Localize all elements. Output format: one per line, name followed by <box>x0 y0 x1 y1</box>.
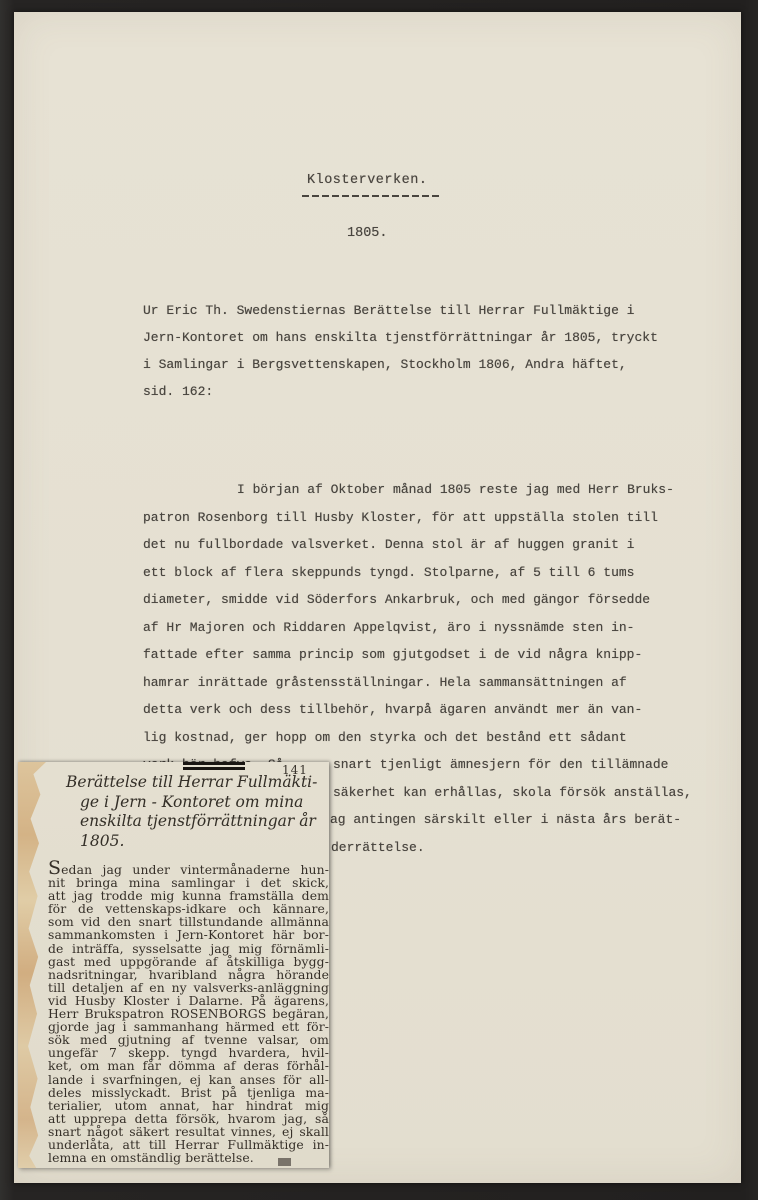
clipping-heading-line: Berättelse till Herrar Fullmäkti- <box>66 773 328 793</box>
typed-body-paragraph: I början af Oktober månad 1805 reste jag… <box>143 481 674 756</box>
clipping-body-line: deles misslyckadt. Brist på tjenliga ma- <box>48 1086 329 1099</box>
news-clipping: 141 Berättelse till Herrar Fullmäkti-ge … <box>18 762 329 1168</box>
clipping-heading: Berättelse till Herrar Fullmäkti-ge i Je… <box>66 773 328 851</box>
typed-fragment-3: derrättelse. <box>331 839 425 857</box>
source-note-line: Jern-Kontoret om hans enskilta tjenstför… <box>143 329 658 356</box>
typed-body-line: I början af Oktober månad 1805 reste jag… <box>143 481 674 509</box>
ornament-bar <box>183 762 245 765</box>
source-note: Ur Eric Th. Swedenstiernas Berättelse ti… <box>143 302 658 410</box>
clipping-body: Sedan jag under vintermånaderne hun-nit … <box>48 862 329 1164</box>
document-page: Klosterverken. 1805. Ur Eric Th. Swedens… <box>14 12 741 1183</box>
typed-fragment-2: ag antingen särskilt eller i nästa års b… <box>330 811 681 829</box>
clipping-torn-edge <box>18 762 46 1168</box>
page-title: Klosterverken. <box>307 173 427 188</box>
year-heading: 1805. <box>347 226 388 241</box>
covered-line-right-part: snart tjenligt ämnesjern för den tillämn… <box>333 756 668 774</box>
clipping-body-line: till detaljen af en ny valsverks-anläggn… <box>48 981 329 994</box>
clipping-heading-line: ge i Jern - Kontoret om mina <box>80 793 328 813</box>
clipping-heading-line: 1805. <box>80 832 328 852</box>
scan-background: Klosterverken. 1805. Ur Eric Th. Swedens… <box>0 0 758 1200</box>
typed-body-line: hamrar inrättade gråstensställningar. He… <box>143 674 674 702</box>
title-dashed-underline <box>302 195 442 197</box>
typed-body-line: af Hr Majoren och Riddaren Appelqvist, ä… <box>143 619 674 647</box>
clipping-body-line: snart något säkert resultat vinnes, ej s… <box>48 1125 329 1138</box>
typed-body-line: lig kostnad, ger hopp om den styrka och … <box>143 729 674 757</box>
source-note-line: Ur Eric Th. Swedenstiernas Berättelse ti… <box>143 302 658 329</box>
clipping-body-line: terialier, utom annat, har hindrat mig <box>48 1099 329 1112</box>
typed-body-line: detta verk och dess tillbehör, hvarpå äg… <box>143 701 674 729</box>
clipping-body-line: nadsritningar, hvaribland några hörande <box>48 968 329 981</box>
clipping-heading-line: enskilta tjenstförrättningar år <box>80 812 328 832</box>
typed-body-line: ett block af flera skeppunds tyngd. Stol… <box>143 564 674 592</box>
typed-body-line: det nu fullbordade valsverket. Denna sto… <box>143 536 674 564</box>
clipping-body-line: ket, om man får dömma af deras förhål- <box>48 1059 329 1072</box>
typed-body-line: patron Rosenborg till Husby Kloster, för… <box>143 509 674 537</box>
ornament-bar <box>183 767 245 770</box>
clipping-rule-ornament <box>183 762 245 770</box>
ink-smudge <box>278 1158 291 1166</box>
typed-body-line: diameter, smidde vid Söderfors Ankarbruk… <box>143 591 674 619</box>
source-note-line: sid. 162: <box>143 383 658 410</box>
clipping-body-line: Sedan jag under vintermånaderne hun- <box>48 862 329 876</box>
typed-fragment-1: säkerhet kan erhållas, skola försök anst… <box>333 784 692 802</box>
clipping-body-line: gast med uppgörande af åtskilliga bygg- <box>48 955 329 968</box>
clipping-body-line: de inträffa, sysselsatte jag mig förnäml… <box>48 942 329 955</box>
clipping-body-line: att upprepa detta försök, hvarom jag, så <box>48 1112 329 1125</box>
typed-body-line: fattade efter samma princip som gjutgods… <box>143 646 674 674</box>
clipping-body-line: lande i svarfningen, ej kan anses för al… <box>48 1073 329 1086</box>
source-note-line: i Samlingar i Bergsvettenskapen, Stockho… <box>143 356 658 383</box>
clipping-body-line: sammankomsten i Jern-Kontoret här bor- <box>48 928 329 941</box>
